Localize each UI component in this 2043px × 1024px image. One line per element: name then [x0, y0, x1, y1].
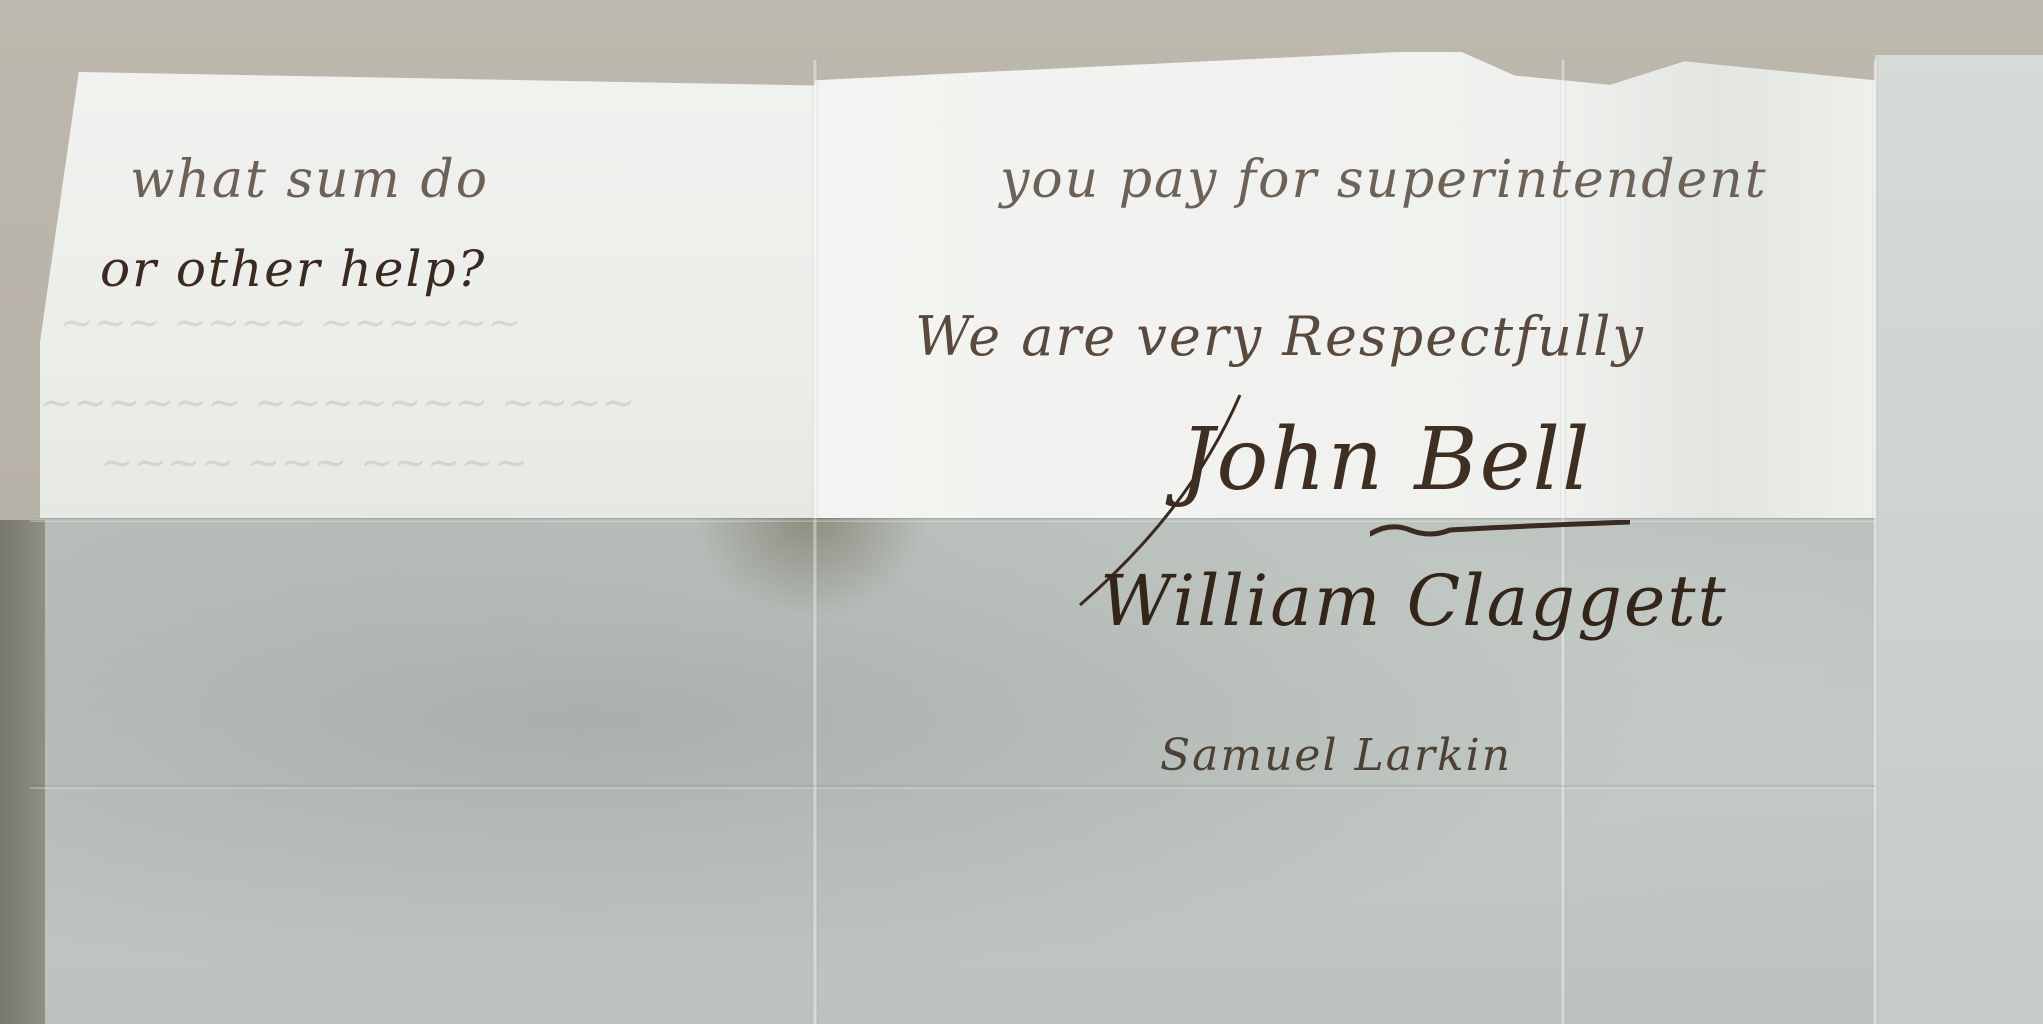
- handwritten-line-1a: what sum do: [130, 150, 489, 210]
- crease-shadow: [690, 518, 930, 618]
- paper-left-edge-shadow: [0, 520, 45, 1024]
- vertical-fold-edge: [1872, 60, 1878, 1024]
- letter-closing: We are very Respectfully: [915, 305, 1645, 368]
- horizontal-fold-lower: [30, 785, 1875, 789]
- bleed-through-text: ~~~~~~ ~~~~~~~ ~~~~: [40, 380, 635, 426]
- signature-william-claggett: William Claggett: [1100, 560, 1728, 642]
- letter-paper: ~~~ ~~~~ ~~~~~~ ~~~~~~ ~~~~~~~ ~~~~ ~~~~…: [0, 0, 2043, 1024]
- handwritten-line-2: or other help?: [100, 240, 486, 298]
- photo-scene: ~~~ ~~~~ ~~~~~~ ~~~~~~ ~~~~~~~ ~~~~ ~~~~…: [0, 0, 2043, 1024]
- bleed-through-text: ~~~~ ~~~ ~~~~~: [100, 440, 528, 486]
- bleed-through-text: ~~~ ~~~~ ~~~~~~: [60, 300, 521, 346]
- handwritten-line-1b: you pay for superintendent: [1000, 150, 1768, 210]
- signature-flourish-icon: [1370, 520, 1630, 540]
- paper-right-folded-strip: [1875, 55, 2043, 1024]
- vertical-fold-center: [812, 60, 818, 1024]
- signature-samuel-larkin: Samuel Larkin: [1160, 730, 1512, 781]
